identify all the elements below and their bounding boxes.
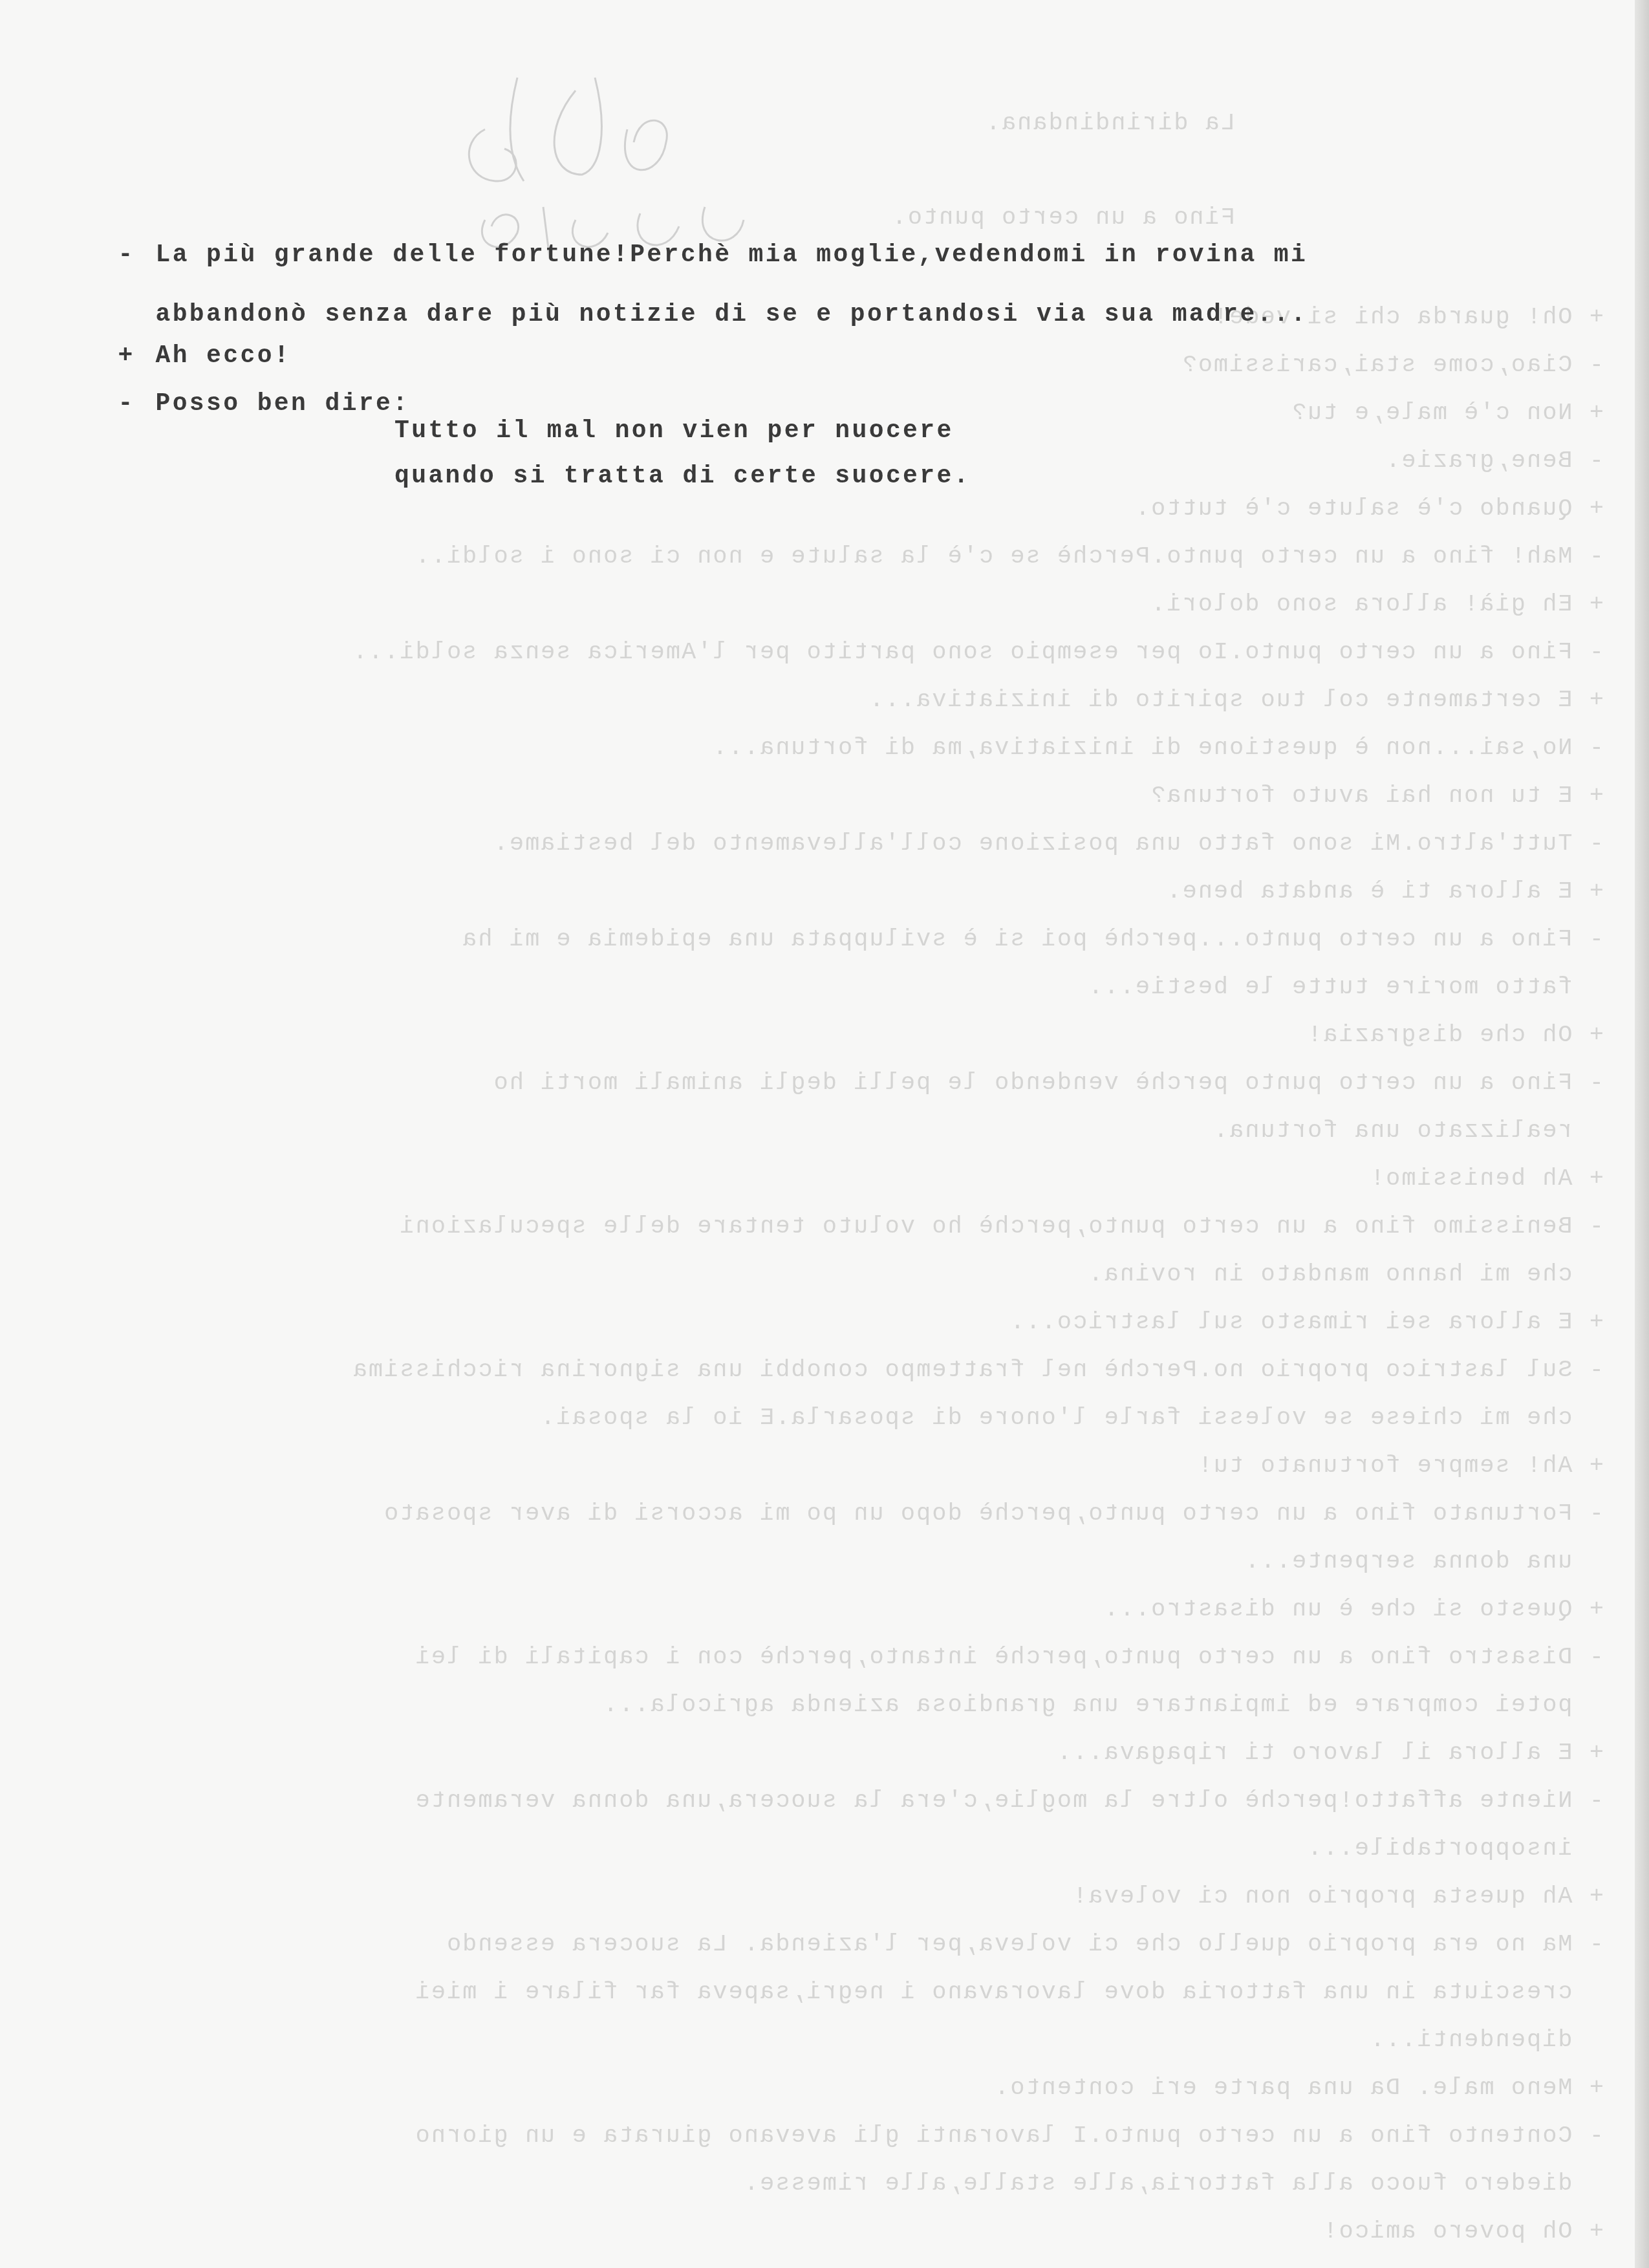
ghost-line: - Bene,grazie. xyxy=(1385,448,1604,475)
ghost-line: + E allora ti è andata bene. xyxy=(1165,878,1604,905)
ghost-line: + Non c'è male,e tu? xyxy=(1291,400,1604,427)
ghost-line: + E tu non hai avuto fortuna? xyxy=(1150,783,1604,810)
ghost-line: + Ah! sempre fortunato tu! xyxy=(1197,1453,1604,1480)
ghost-line: + Quando c'è salute c'è tutto. xyxy=(1134,495,1604,523)
ghost-title: La dirindindana. xyxy=(985,110,1235,137)
page-edge xyxy=(1635,0,1649,2268)
ghost-line: + E allora il lavoro ti ripagava... xyxy=(1056,1740,1604,1767)
ghost-line: + Oh povero amico! xyxy=(1322,2218,1604,2245)
ghost-line: cresciuta in una fattoria dove lavoravan… xyxy=(415,1979,1604,2006)
dialogue-text: Posso ben dire: xyxy=(155,390,409,418)
ghost-line: che mi chiese se volessi farle l'onore d… xyxy=(539,1405,1604,1432)
ghost-line: - Fortunato fino a un certo punto,perchè… xyxy=(383,1500,1604,1528)
ghost-line: - Sul lastrico proprio no.Perchè nel fra… xyxy=(352,1357,1604,1384)
verse-line-2: quando si tratta di certe suocere. xyxy=(394,462,971,490)
ghost-line: - Disastro fino a un certo punto,perchè … xyxy=(415,1644,1604,1671)
ghost-line: fatto morire tutte le bestie... xyxy=(1087,974,1604,1001)
ghost-line: una donna serpente... xyxy=(1244,1548,1604,1575)
verse-line-1: Tutto il mal non vien per nuocere xyxy=(394,417,954,445)
ghost-line: diedero fuoco alla fattoria,alle stalle,… xyxy=(743,2170,1604,2198)
ghost-line: - Ma no era proprio quello che ci voleva… xyxy=(446,1931,1604,1958)
ghost-line: + Meno male. Da una parte eri contento. xyxy=(993,2075,1604,2102)
ghost-line: - Mah! fino a un certo punto.Perchè se c… xyxy=(415,543,1604,570)
ghost-line: + Eh già! allora sono dolori. xyxy=(1150,591,1604,618)
ghost-line: - Fino a un certo punto perchè vendendo … xyxy=(493,1070,1604,1097)
ghost-line: - Fino a un certo punto.Io per esempio s… xyxy=(352,639,1604,666)
ghost-line: - Niente affatto!perchè oltre la moglie,… xyxy=(415,1787,1604,1815)
ghost-line: + E certamente col tuo spirito di inizia… xyxy=(868,687,1604,714)
dialogue-text: La più grande delle fortune!Perchè mia m… xyxy=(155,241,1308,269)
ghost-line: - Contento fino a un certo punto.I lavor… xyxy=(415,2122,1604,2150)
ghost-line: + E allora sei rimasto sul lastrico... xyxy=(1009,1309,1604,1336)
ghost-line: - Tutt'altro.Mi sono fatto una posizione… xyxy=(493,830,1604,858)
ghost-line: + Questo si che è un disastro... xyxy=(1103,1596,1604,1623)
ghost-line: - Ciao,come stai,carissimo? xyxy=(1181,352,1604,379)
ghost-line: - Benissimo fino a un certo punto,perchè… xyxy=(398,1213,1604,1240)
ghost-line: che mi hanno mandato in rovina. xyxy=(1087,1261,1604,1288)
dialogue-marker: - xyxy=(118,241,155,269)
dialogue-line-1: -La più grande delle fortune!Perchè mia … xyxy=(84,213,1308,269)
ghost-line: realizzato una fortuna. xyxy=(1212,1118,1604,1145)
ghost-line: - No,sai...non è questione di iniziativa… xyxy=(711,735,1604,762)
dialogue-marker: - xyxy=(118,390,155,418)
ghost-line: - Fino a un certo punto...perchè poi si … xyxy=(461,926,1604,953)
ghost-line: + Ah benissimo! xyxy=(1369,1165,1604,1193)
dialogue-line-4: -Posso ben dire: xyxy=(84,362,409,418)
ghost-line: dipendenti... xyxy=(1369,2027,1604,2054)
ghost-line: + Ah questa proprio non ci voleva! xyxy=(1072,1883,1604,1910)
ghost-line: potei comprare ed impiantare una grandio… xyxy=(602,1692,1604,1719)
ghost-line: insopportabile... xyxy=(1306,1835,1604,1863)
ghost-line: + Oh che disgrazia! xyxy=(1306,1022,1604,1049)
dialogue-text: abbandonò senza dare più notizie di se e… xyxy=(155,301,1308,329)
